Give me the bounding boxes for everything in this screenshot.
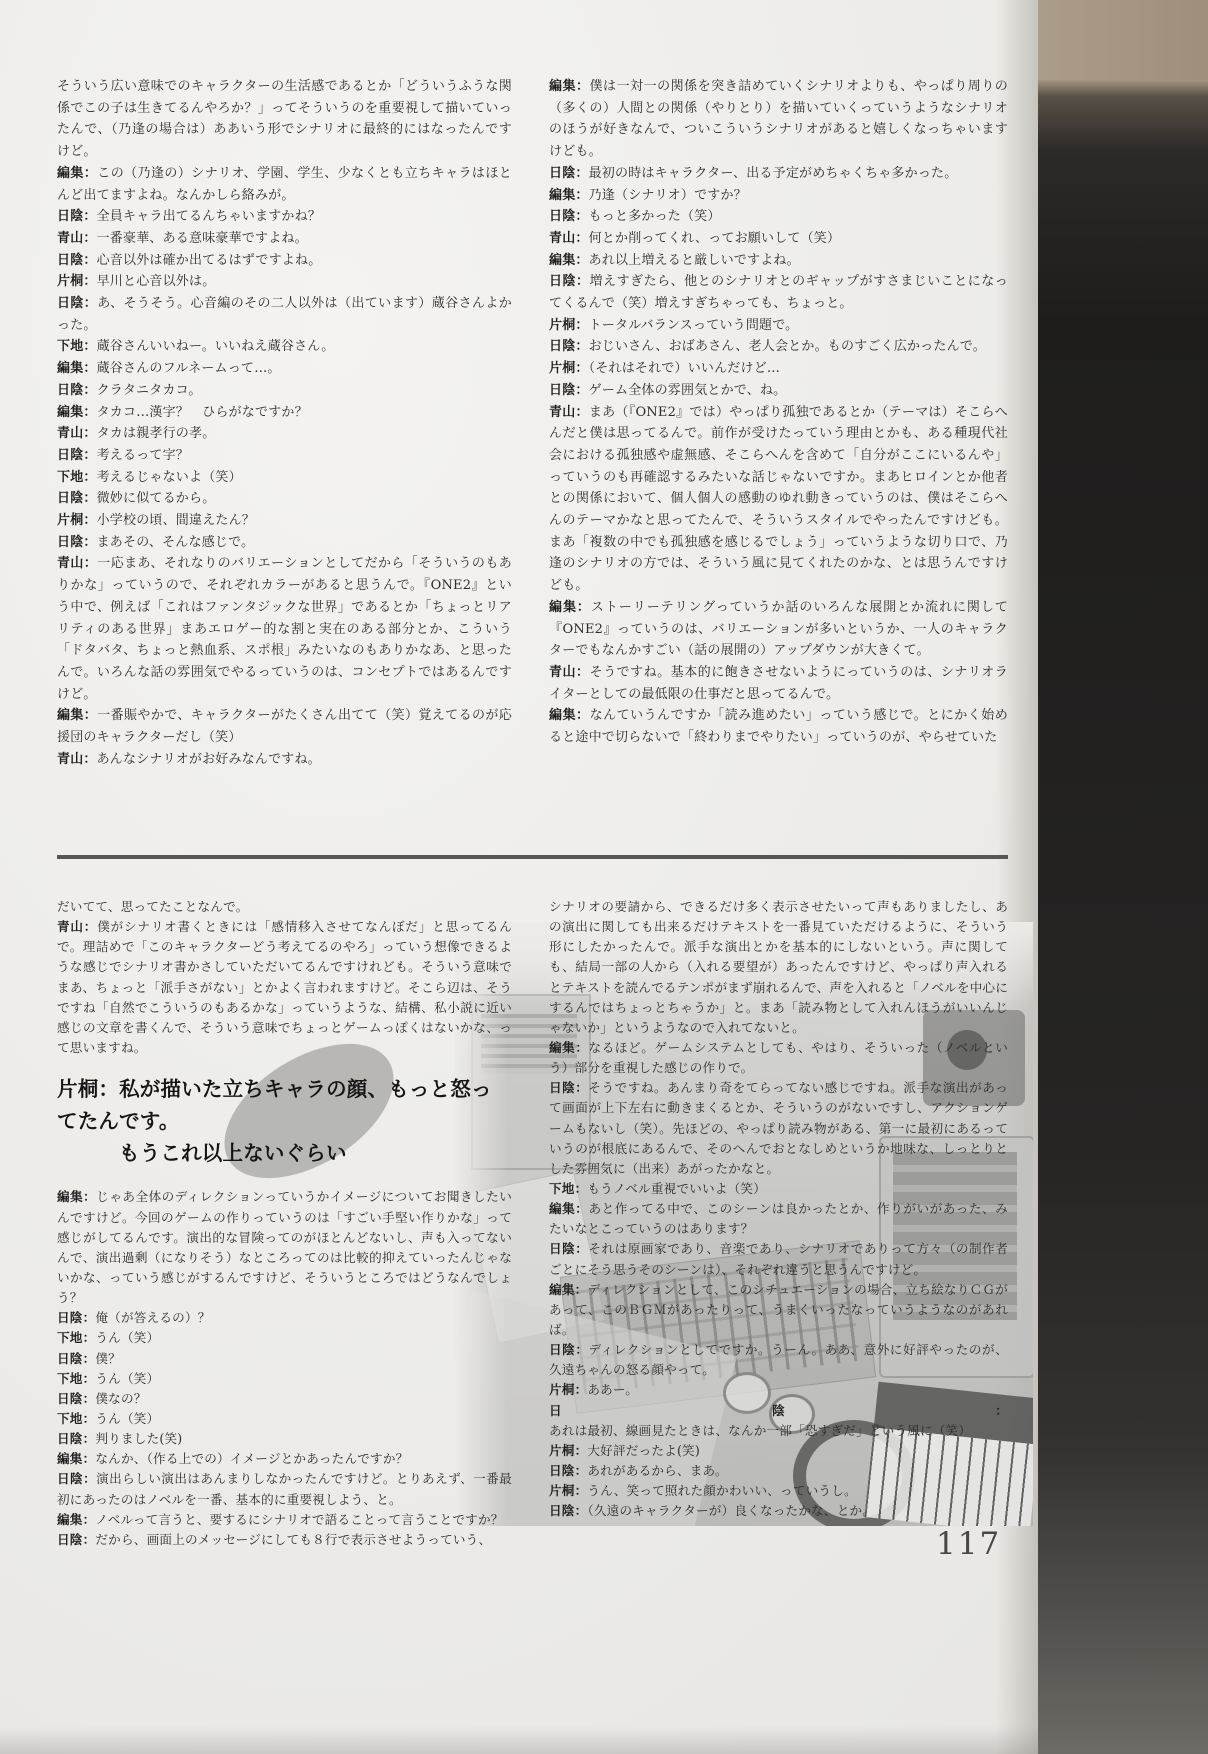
dialogue-line: 青山：そうですね。基本的に飽きさせないようにっていうのは、シナリオライターとして… bbox=[549, 662, 1008, 705]
dialogue-line: だいてて、思ってたことなんで。 bbox=[57, 897, 512, 917]
edge-photo-top bbox=[1038, 0, 1208, 80]
dialogue-line: 片桐：うん、笑って照れた顔かわいい、っていうし。 bbox=[549, 1481, 1008, 1501]
dialogue-line: そういう広い意味でのキャラクターの生活感であるとか「どういうふうな関係でこの子は… bbox=[57, 76, 512, 163]
speaker-label: 日陰： bbox=[549, 339, 589, 354]
speaker-label: 日陰： bbox=[57, 1310, 95, 1325]
dialogue-line: 青山：一応まあ、それなりのバリエーションとしてだから「そういうのもありかな」って… bbox=[57, 553, 512, 705]
speaker-label: 編集： bbox=[549, 1040, 589, 1055]
speaker-label: 青山： bbox=[57, 919, 97, 934]
dialogue-line: 下地：うん（笑） bbox=[57, 1409, 512, 1429]
column-bottom-right: シナリオの要請から、できるだけ多く表示させたいって声もありましたし、あの演出に関… bbox=[549, 897, 1008, 1521]
dialogue-line: 編集：じゃあ全体のディレクションっていうかイメージについてお聞きしたいんですけど… bbox=[57, 1187, 512, 1308]
dialogue-line: 日陰：おじいさん、おばあさん、老人会とか。ものすごく広かったんで。 bbox=[549, 336, 1008, 358]
dialogue-line: 片桐：大好評だったよ(笑) bbox=[549, 1441, 1008, 1461]
dialogue-line: 日陰：全員キャラ出てるんちゃいますかね？ bbox=[57, 206, 512, 228]
dialogue-line: 編集：あと作ってる中で、このシーンは良かったとか、作りがいがあった、みたいなとこ… bbox=[549, 1199, 1008, 1239]
speaker-label: 編集： bbox=[57, 1189, 96, 1204]
dialogue-line: 編集：なるほど。ゲームシステムとしても、やはり、そういった（ノベルという）部分を… bbox=[549, 1038, 1008, 1078]
dialogue-line: 日陰：もっと多かった（笑） bbox=[549, 206, 1008, 228]
heading-line-2: もうこれ以上ないぐらい bbox=[57, 1138, 512, 1170]
dialogue-line: 片桐：（それはそれで）いいんだけど… bbox=[549, 358, 1008, 380]
speaker-label: 青山： bbox=[57, 556, 97, 571]
speaker-label: 日陰： bbox=[549, 166, 589, 181]
dialogue-line: 片桐：トータルバランスっていう問題で。 bbox=[549, 315, 1008, 337]
speaker-label: 下地： bbox=[57, 1411, 95, 1426]
dialogue-line: 日陰：ディレクションとしてですか。うーん。ああ、意外に好評やったのが、久遠ちゃん… bbox=[549, 1340, 1008, 1380]
dialogue-line: 日陰：あれがあるから、まあ。 bbox=[549, 1461, 1008, 1481]
dialogue-line: 日陰：微妙に似てるから。 bbox=[57, 488, 512, 510]
dialogue-line: 日陰：まあその、そんな感じで。 bbox=[57, 532, 512, 554]
speaker-label: 編集： bbox=[57, 405, 97, 420]
speaker-label: 日陰： bbox=[57, 383, 97, 398]
dialogue-line: 下地：蔵谷さんいいねー。いいねえ蔵谷さん。 bbox=[57, 336, 512, 358]
dialogue-line: 下地：考えるじゃないよ（笑） bbox=[57, 467, 512, 489]
dialogue-line: 日陰：増えすぎたら、他とのシナリオとのギャップがすさまじいことになってくるんで（… bbox=[549, 271, 1008, 314]
speaker-label: 日陰： bbox=[549, 274, 590, 289]
speaker-label: 片桐： bbox=[549, 361, 589, 376]
dialogue-line: 青山：一番豪華、ある意味豪華ですよね。 bbox=[57, 228, 512, 250]
bottom-left-after-heading: 編集：じゃあ全体のディレクションっていうかイメージについてお聞きしたいんですけど… bbox=[57, 1187, 512, 1550]
dialogue-line: 日陰：そうですね。あんまり奇をてらってない感じですね。派手な演出があって画面が上… bbox=[549, 1078, 1008, 1179]
speaker-label: 青山： bbox=[549, 231, 589, 246]
speaker-label: 日陰： bbox=[549, 1241, 588, 1256]
dialogue-line: 日陰：俺（が答えるの）？ bbox=[57, 1308, 512, 1328]
dialogue-line: 青山：僕がシナリオ書くときには「感情移入させてなんぼだ」と思ってるんで。理詰めで… bbox=[57, 917, 512, 1058]
heading-line-1: 片桐：私が描いた立ちキャラの顔、もっと怒ってたんです。 bbox=[57, 1074, 512, 1138]
speaker-label: 日陰： bbox=[57, 209, 97, 224]
speaker-label: 日陰： bbox=[57, 491, 97, 506]
dialogue-line: 青山：あんなシナリオがお好みなんですね。 bbox=[57, 749, 512, 771]
speaker-label: 日陰： bbox=[549, 1463, 587, 1478]
dialogue-line: 片桐：小学校の頃、間違えたん？ bbox=[57, 510, 512, 532]
dialogue-line: 日陰：僕？ bbox=[57, 1349, 512, 1369]
speaker-label: 片桐： bbox=[549, 1382, 587, 1397]
dialogue-line: 日陰：だから、画面上のメッセージにしても８行で表示させようっていう、 bbox=[57, 1530, 512, 1550]
speaker-label: 日陰： bbox=[549, 1403, 1008, 1418]
speaker-label: 青山： bbox=[57, 231, 97, 246]
speaker-label: 片桐： bbox=[57, 274, 97, 289]
speaker-label: 片桐： bbox=[549, 318, 589, 333]
dialogue-line: 編集：蔵谷さんのフルネームって…。 bbox=[57, 358, 512, 380]
speaker-label: 編集： bbox=[57, 1451, 95, 1466]
page-number: 117 bbox=[936, 1526, 1001, 1562]
speaker-label: 編集： bbox=[549, 1282, 587, 1297]
speaker-label: 下地： bbox=[57, 339, 97, 354]
speaker-label: 日陰： bbox=[57, 535, 97, 550]
speaker-label: 日陰： bbox=[57, 1431, 95, 1446]
dialogue-line: 青山：タカは親孝行の孝。 bbox=[57, 423, 512, 445]
speaker-label: 日陰： bbox=[549, 1342, 588, 1357]
speaker-label: 青山： bbox=[549, 405, 589, 420]
scan-bottom-edge bbox=[0, 1726, 1038, 1754]
page-edge-strip bbox=[1038, 0, 1208, 1754]
dialogue-line: 下地：もうノベル重視でいいよ（笑） bbox=[549, 1179, 1008, 1199]
speaker-label: 青山： bbox=[57, 426, 97, 441]
speaker-label: 青山： bbox=[57, 752, 97, 767]
dialogue-line: 編集：乃逢（シナリオ）ですか？ bbox=[549, 185, 1008, 207]
speaker-label: 片桐： bbox=[57, 513, 97, 528]
speaker-label: 編集： bbox=[549, 79, 590, 94]
dialogue-line: 編集：ディレクションとして、このシチュエーションの場合、立ち絵なりＣＧがあって、… bbox=[549, 1280, 1008, 1340]
dialogue-line: 日陰：判りました(笑) bbox=[57, 1429, 512, 1449]
dialogue-line: 日陰：考えるって字？ bbox=[57, 445, 512, 467]
speaker-label: 日陰： bbox=[549, 209, 589, 224]
dialogue-line: 下地：うん（笑） bbox=[57, 1328, 512, 1348]
dialogue-line: 下地：うん（笑） bbox=[57, 1369, 512, 1389]
dialogue-line: 青山：何とか削ってくれ、ってお願いして（笑） bbox=[549, 228, 1008, 250]
speaker-label: 日陰： bbox=[57, 296, 97, 311]
speaker-label: 下地： bbox=[57, 1371, 95, 1386]
dialogue-line: 編集：一番賑やかで、キャラクターがたくさん出てて（笑）覚えてるのが応援団のキャラ… bbox=[57, 705, 512, 748]
dialogue-line: 日陰：あれは最初、線画見たときは、なんか一部「恐すぎだ」という風に（笑） bbox=[549, 1401, 1008, 1441]
speaker-label: 編集： bbox=[57, 708, 97, 723]
dialogue-line: 日陰：心音以外は確か出てるはずですよね。 bbox=[57, 250, 512, 272]
speaker-label: 青山： bbox=[549, 665, 590, 680]
dialogue-line: 日陰：（久遠のキャラクターが）良くなったかな、とか。 bbox=[549, 1501, 1008, 1521]
speaker-label: 日陰： bbox=[549, 1503, 587, 1518]
speaker-label: 下地： bbox=[57, 1330, 95, 1345]
column-top-right: 編集：僕は一対一の関係を突き詰めていくシナリオよりも、やっぱり周りの（多くの）人… bbox=[549, 76, 1008, 749]
bottom-left-before-heading: だいてて、思ってたことなんで。青山：僕がシナリオ書くときには「感情移入させてなん… bbox=[57, 897, 512, 1058]
speaker-label: 編集： bbox=[549, 708, 590, 723]
speaker-label: 編集： bbox=[57, 361, 97, 376]
dialogue-line: 日陰：ゲーム全体の雰囲気とかで、ね。 bbox=[549, 380, 1008, 402]
section-divider bbox=[57, 855, 1008, 859]
dialogue-line: 片桐：早川と心音以外は。 bbox=[57, 271, 512, 293]
column-top-left: そういう広い意味でのキャラクターの生活感であるとか「どういうふうな関係でこの子は… bbox=[57, 76, 512, 771]
dialogue-line: 日陰：演出らしい演出はあんまりしなかったんですけど。とりあえず、一番最初にあった… bbox=[57, 1469, 512, 1509]
speaker-label: 日陰： bbox=[57, 1471, 96, 1486]
dialogue-line: 編集：なんていうんですか「読み進めたい」っていう感じで。とにかく始めると途中で切… bbox=[549, 705, 1008, 748]
speaker-label: 日陰： bbox=[57, 1391, 95, 1406]
speaker-label: 編集： bbox=[57, 166, 97, 181]
speaker-label: 編集： bbox=[549, 253, 589, 268]
dialogue-line: 片桐：ああー。 bbox=[549, 1380, 1008, 1400]
speaker-label: 日陰： bbox=[57, 1351, 95, 1366]
dialogue-line: 編集：タカコ…漢字？ ひらがなですか？ bbox=[57, 402, 512, 424]
speaker-label: 下地： bbox=[549, 1181, 587, 1196]
dialogue-line: 青山：まあ（『ONE2』では）やっぱり孤独であるとか（テーマは）そこらへんだと僕… bbox=[549, 402, 1008, 597]
dialogue-line: 日陰：それは原画家であり、音楽であり、シナリオでありって方々（の制作者ごとにそう… bbox=[549, 1239, 1008, 1279]
dialogue-line: 編集：ノベルって言うと、要するにシナリオで語ることって言うことですか？ bbox=[57, 1510, 512, 1530]
dialogue-line: 日陰：最初の時はキャラクター、出る予定がめちゃくちゃ多かった。 bbox=[549, 163, 1008, 185]
speaker-label: 編集： bbox=[549, 188, 589, 203]
dialogue-line: 編集：ストーリーテリングっていうか話のいろんな展開とか流れに関して『ONE2』っ… bbox=[549, 597, 1008, 662]
dialogue-line: 日陰：僕なの？ bbox=[57, 1389, 512, 1409]
speaker-label: 片桐： bbox=[549, 1483, 587, 1498]
dialogue-line: 編集：僕は一対一の関係を突き詰めていくシナリオよりも、やっぱり周りの（多くの）人… bbox=[549, 76, 1008, 163]
speaker-label: 片桐： bbox=[549, 1443, 587, 1458]
speaker-label: 日陰： bbox=[57, 1532, 95, 1547]
speaker-label: 日陰： bbox=[549, 383, 589, 398]
dialogue-line: 編集：あれ以上増えると厳しいですよね。 bbox=[549, 250, 1008, 272]
dialogue-line: 日陰：クラタニタカコ。 bbox=[57, 380, 512, 402]
speaker-label: 日陰： bbox=[57, 253, 97, 268]
dialogue-line: 日陰：あ、そうそう。心音編のその二人以外は（出ています）蔵谷さんよかった。 bbox=[57, 293, 512, 336]
speaker-label: 編集： bbox=[57, 1512, 95, 1527]
speaker-label: 編集： bbox=[549, 600, 591, 615]
dialogue-line: 編集：なんか、（作る上での）イメージとかあったんですか？ bbox=[57, 1449, 512, 1469]
speaker-label: 日陰： bbox=[57, 448, 97, 463]
dialogue-line: 編集：この（乃逢の）シナリオ、学園、学生、少なくとも立ちキャラはほとんど出てます… bbox=[57, 163, 512, 206]
dialogue-line: シナリオの要請から、できるだけ多く表示させたいって声もありましたし、あの演出に関… bbox=[549, 897, 1008, 1038]
speaker-label: 編集： bbox=[549, 1201, 588, 1216]
pull-quote-heading: 片桐：私が描いた立ちキャラの顔、もっと怒ってたんです。 もうこれ以上ないぐらい bbox=[57, 1074, 512, 1169]
column-bottom-left: だいてて、思ってたことなんで。青山：僕がシナリオ書くときには「感情移入させてなん… bbox=[57, 897, 512, 1550]
magazine-page: そういう広い意味でのキャラクターの生活感であるとか「どういうふうな関係でこの子は… bbox=[0, 0, 1208, 1754]
speaker-label: 下地： bbox=[57, 470, 97, 485]
speaker-label: 日陰： bbox=[549, 1080, 588, 1095]
